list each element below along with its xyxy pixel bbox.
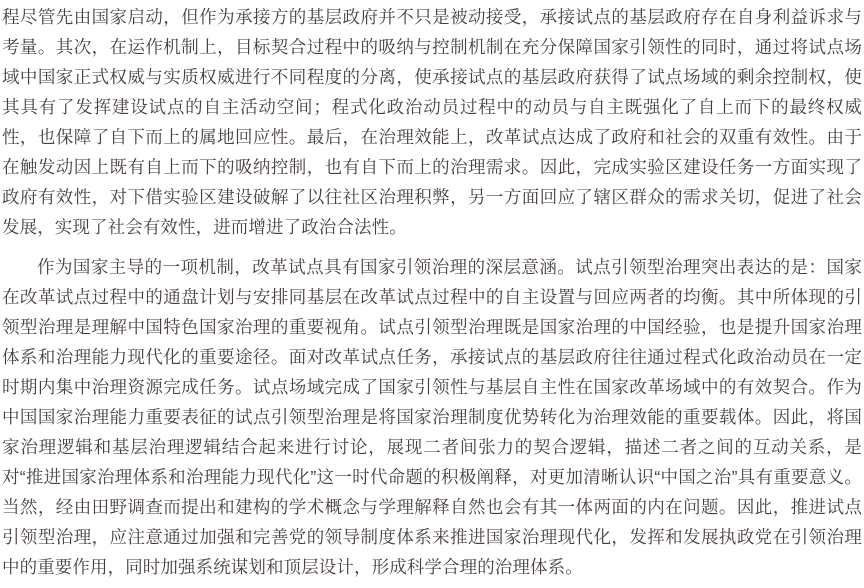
paragraph-body-text: 作为国家主导的一项机制，改革试点具有国家引领治理的深层意涵。试点引领型治理突出表… [2,252,862,582]
paragraph-body-text: 程尽管先由国家启动，但作为承接方的基层政府并不只是被动接受，承接试点的基层政府存… [2,2,862,242]
document-page: 程尽管先由国家启动，但作为承接方的基层政府并不只是被动接受，承接试点的基层政府存… [0,0,864,588]
